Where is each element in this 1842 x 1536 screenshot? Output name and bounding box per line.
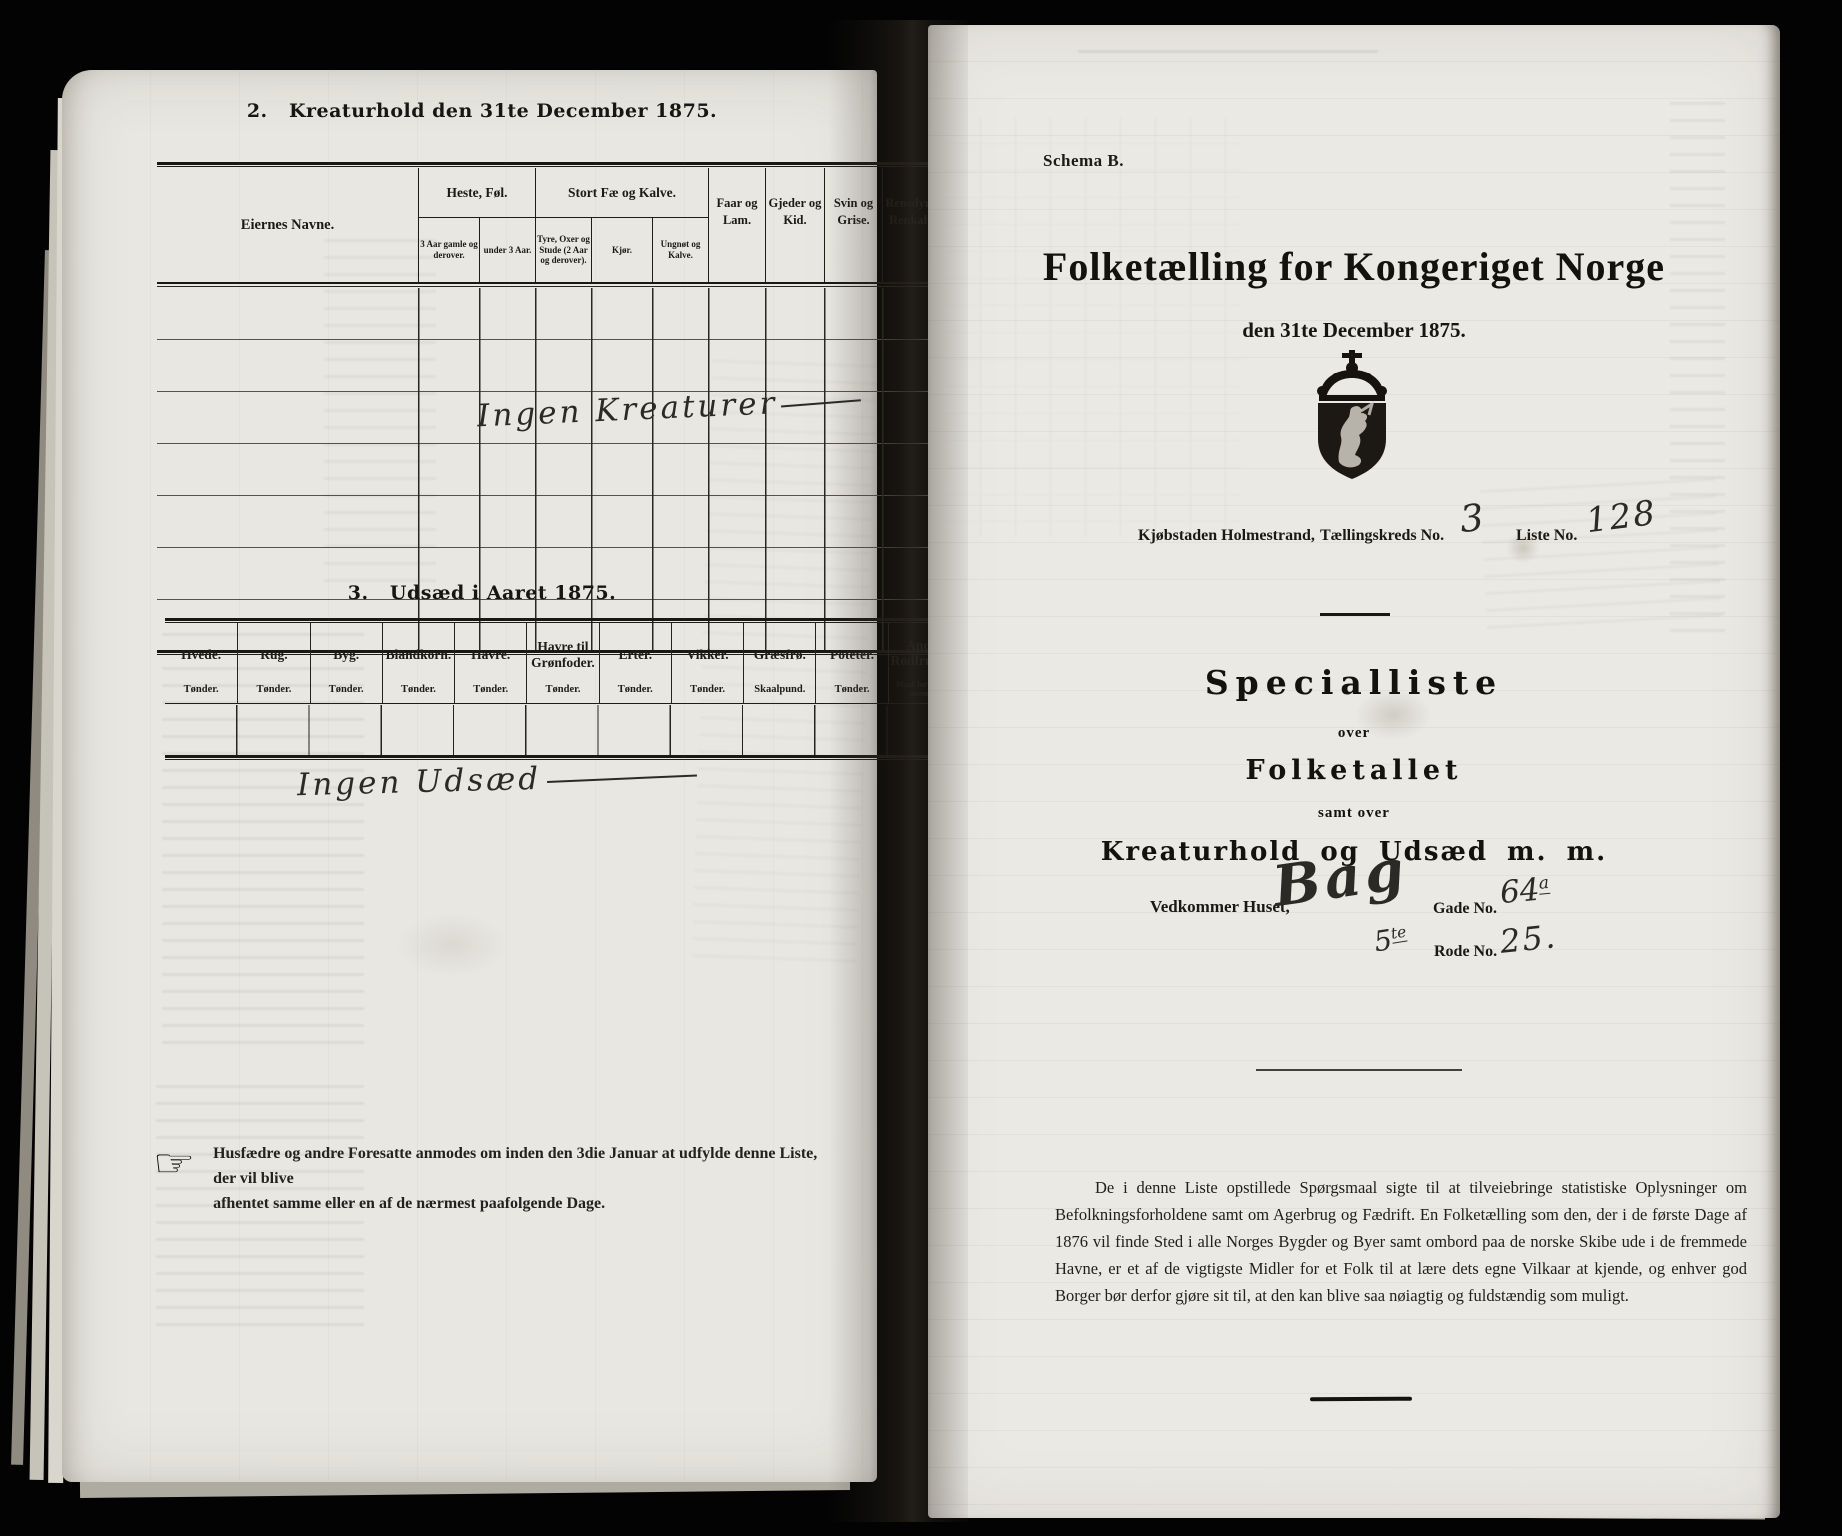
column-header: Vikker. Tønder. bbox=[671, 623, 743, 703]
city-label: Kjøbstaden Holmestrand, bbox=[1138, 527, 1315, 545]
table-body-grid bbox=[165, 705, 960, 755]
list-number-handwritten: 128 bbox=[1584, 493, 1659, 541]
column-header: 3 Aar gamle og derover. bbox=[418, 218, 479, 282]
column-header: Faar og Lam. bbox=[708, 168, 765, 282]
column-header: Havre til Grønfoder. Tønder. bbox=[526, 623, 598, 703]
bleed-through bbox=[1078, 43, 1378, 67]
census-book-scan: 2. Kreaturhold den 31te December 1875. E… bbox=[0, 0, 1842, 1536]
column-header-owner: Eiernes Navne. bbox=[157, 168, 418, 282]
gade-number-handwritten: 64a bbox=[1499, 871, 1552, 911]
left-page: 2. Kreaturhold den 31te December 1875. E… bbox=[62, 70, 877, 1482]
udsaed-table-title: 3. Udsæd i Aaret 1875. bbox=[202, 582, 762, 604]
over-label: over bbox=[928, 725, 1780, 742]
column-group-stort-fae: Stort Fæ og Kalve. bbox=[535, 168, 708, 218]
bottom-divider-rule bbox=[1310, 1397, 1412, 1401]
header-divider bbox=[157, 286, 948, 287]
column-header: Byg. Tønder. bbox=[310, 623, 382, 703]
divider-rule bbox=[1320, 613, 1390, 616]
column-header: Ungnøt og Kalve. bbox=[652, 218, 708, 282]
list-label: Liste No. bbox=[1516, 527, 1577, 545]
gade-no-label: Gade No. bbox=[1433, 900, 1497, 918]
column-header: under 3 Aar. bbox=[479, 218, 535, 282]
right-page: Schema B. Folketælling for Kongeriget No… bbox=[928, 25, 1780, 1518]
schema-label: Schema B. bbox=[1043, 151, 1124, 171]
page-subtitle: den 31te December 1875. bbox=[968, 318, 1740, 343]
column-header: Poteter. Tønder. bbox=[815, 623, 887, 703]
column-header: Græsfrø. Skaalpund. bbox=[743, 623, 815, 703]
explanatory-paragraph: De i denne Liste opstillede Spørgsmaal s… bbox=[1055, 1175, 1747, 1309]
samt-over-label: samt over bbox=[928, 805, 1780, 822]
bleed-through bbox=[1670, 95, 1725, 635]
table-header-row: Hvede. Tønder. Rug. Tønder. Byg. Tønder.… bbox=[165, 623, 960, 704]
column-header: Tyre, Oxer og Stude (2 Aar og derover). bbox=[535, 218, 591, 282]
rode-number-handwritten: 25. bbox=[1498, 917, 1559, 961]
udsaed-table: Hvede. Tønder. Rug. Tønder. Byg. Tønder.… bbox=[165, 618, 960, 760]
column-header: Havre. Tønder. bbox=[454, 623, 526, 703]
rode-prefix-handwritten: 5te bbox=[1372, 921, 1410, 959]
footer-note-text: Husfædre og andre Foresatte anmodes om i… bbox=[213, 1142, 823, 1216]
handwritten-entry-udsaed: Ingen Udsæd bbox=[297, 757, 698, 803]
folketallet-heading: Folketallet bbox=[928, 755, 1780, 786]
column-header: Kjør. bbox=[591, 218, 652, 282]
column-header: Erter. Tønder. bbox=[599, 623, 671, 703]
rode-no-label: Rode No. bbox=[1434, 943, 1497, 961]
house-label: Vedkommer Huset, bbox=[1150, 897, 1290, 917]
column-group-heste: Heste, Føl. bbox=[418, 168, 535, 218]
kreaturhold-table-title: 2. Kreaturhold den 31te December 1875. bbox=[202, 100, 762, 122]
paper-stain bbox=[392, 910, 512, 980]
norway-coat-of-arms-icon bbox=[1308, 350, 1396, 482]
district-number-handwritten: 3 bbox=[1458, 496, 1486, 541]
column-header: Blandkorn. Tønder. bbox=[382, 623, 454, 703]
column-header: Rug. Tønder. bbox=[237, 623, 309, 703]
footer-note: ☞ Husfædre og andre Foresatte anmodes om… bbox=[157, 1142, 847, 1216]
bleed-through bbox=[1479, 471, 1722, 633]
divider-rule bbox=[1256, 1069, 1462, 1071]
header-divider bbox=[157, 282, 948, 284]
column-header: Gjeder og Kid. bbox=[765, 168, 824, 282]
manicule-pointing-hand-icon: ☞ bbox=[153, 1144, 196, 1182]
specialliste-heading: Specialliste bbox=[928, 663, 1780, 702]
district-label: Tællingskreds No. bbox=[1320, 527, 1444, 545]
page-title: Folketælling for Kongeriget Norge bbox=[968, 243, 1740, 290]
column-header: Svin og Grise. bbox=[824, 168, 882, 282]
column-header: Hvede. Tønder. bbox=[165, 623, 237, 703]
